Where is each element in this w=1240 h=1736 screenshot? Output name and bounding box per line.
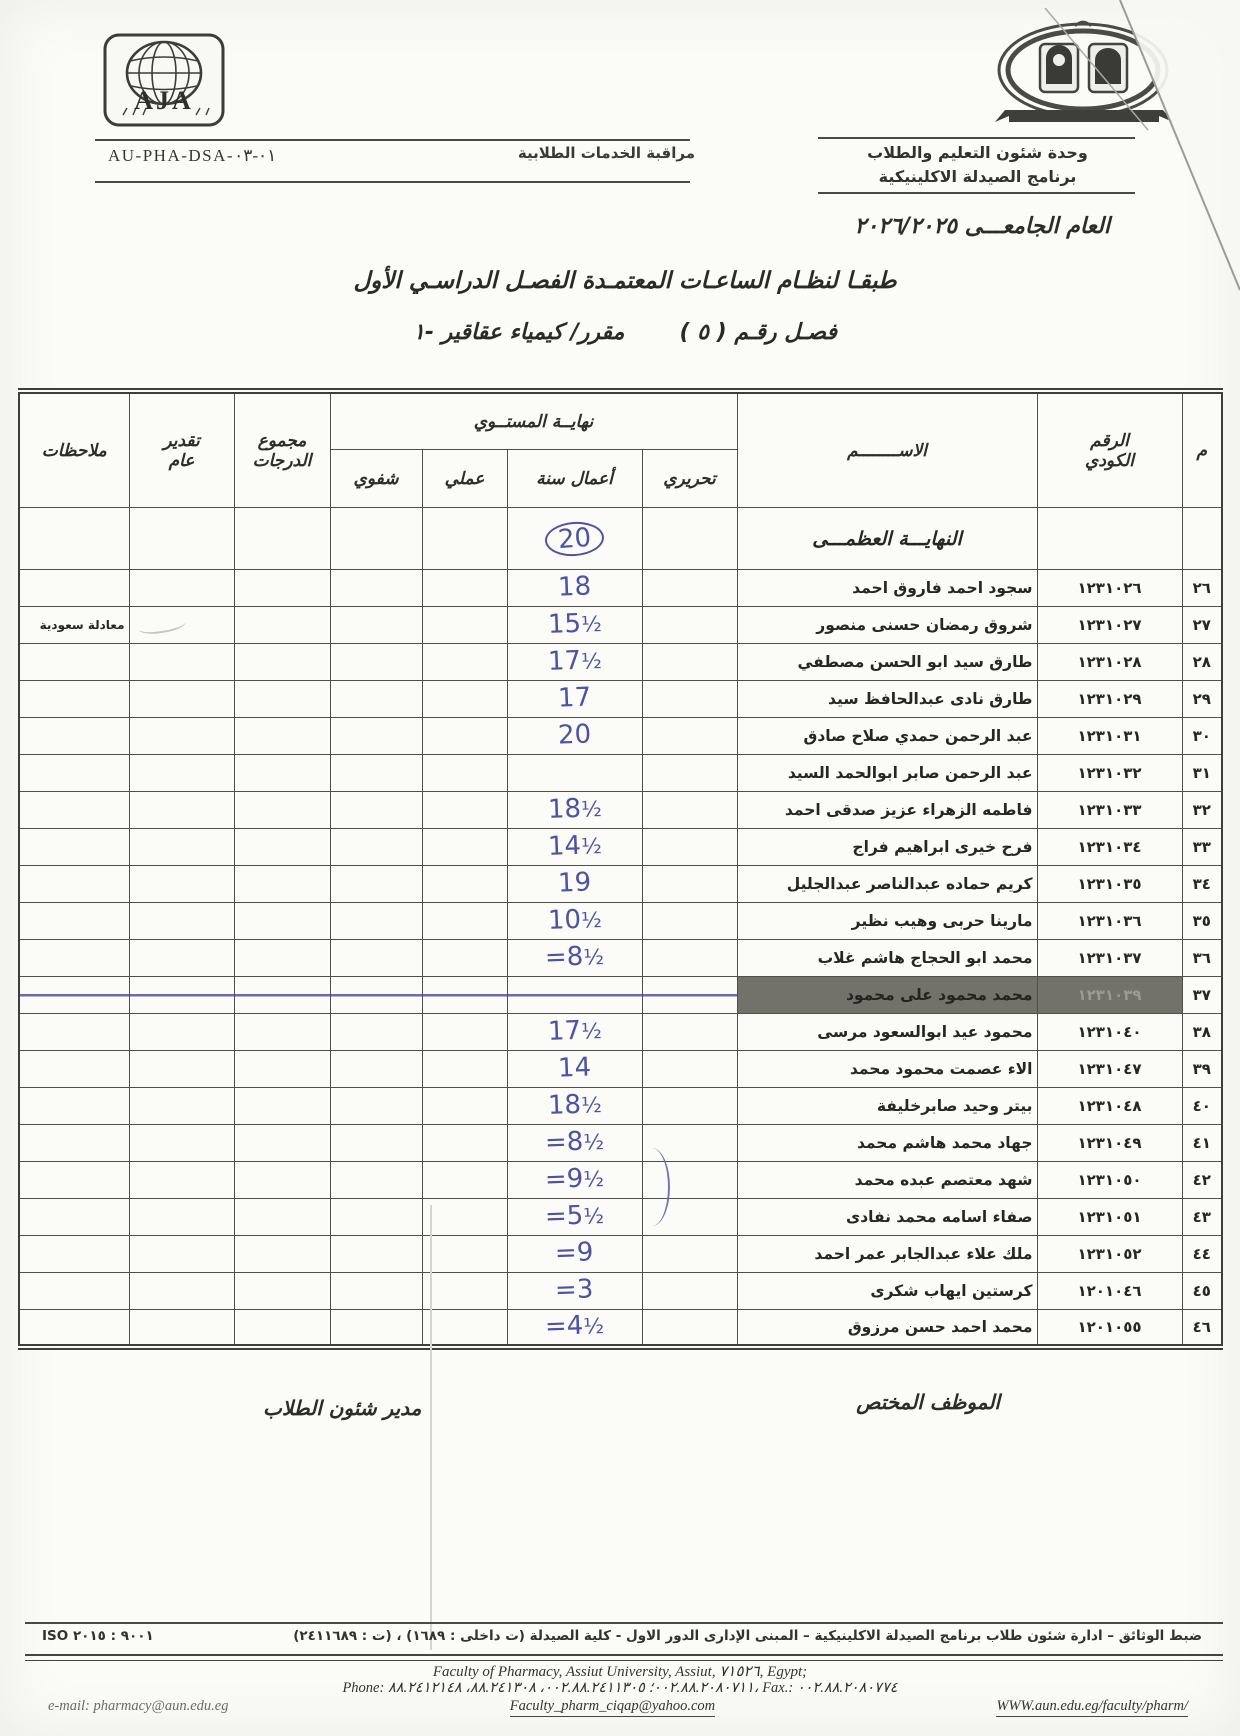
student-row: ٣٦١٢٣١٠٣٧محمد ابو الحجاج هاشم غلاب=8½	[19, 940, 1222, 977]
written-cell	[642, 829, 737, 866]
name-cell: محمد محمود على محمود	[737, 977, 1037, 1014]
col-practical: عملي	[422, 450, 507, 508]
written-cell	[642, 1310, 737, 1347]
yearwork-cell: 18	[507, 570, 642, 607]
footer-email-yahoo: Faculty_pharm_ciqap@yahoo.com	[510, 1698, 715, 1717]
total-cell	[234, 903, 330, 940]
grade-cell	[129, 755, 234, 792]
total-cell	[234, 1088, 330, 1125]
student-row: ٣٤١٢٣١٠٣٥كريم حماده عبدالناصر عبدالجليل1…	[19, 866, 1222, 903]
name-cell: محمود عيد ابوالسعود مرسى	[737, 1014, 1037, 1051]
half-fraction: ½	[580, 908, 602, 934]
practical-cell	[422, 903, 507, 940]
max-label-cell: النهايـــة العظمـــى	[737, 508, 1037, 570]
total-cell	[234, 644, 330, 681]
practical-cell	[422, 755, 507, 792]
grade-cell	[129, 1162, 234, 1199]
total-cell	[234, 940, 330, 977]
aja-logo: AJA	[103, 33, 225, 131]
practical-cell	[422, 1051, 507, 1088]
footer-rule-double	[25, 1654, 1223, 1661]
col-total-line2: الدرجات	[239, 451, 326, 471]
max-yearwork-cell: 20	[507, 508, 642, 570]
oral-cell	[330, 792, 422, 829]
notes-cell: معادلة سعودية	[19, 607, 129, 644]
code-cell: ١٢٣١٠٢٩	[1037, 681, 1182, 718]
handwritten-mark: 18	[558, 576, 592, 597]
serial-cell: ٢٩	[1182, 681, 1222, 718]
code-cell: ١٢٣١٠٢٦	[1037, 570, 1182, 607]
serial-cell: ٣٥	[1182, 903, 1222, 940]
col-total-line1: مجموع	[239, 431, 326, 451]
half-fraction: ½	[580, 612, 602, 638]
serial-cell: ٣٧	[1182, 977, 1222, 1014]
col-notes: ملاحظات	[19, 391, 129, 508]
serial-cell: ٢٦	[1182, 570, 1222, 607]
total-cell	[234, 866, 330, 903]
oral-cell	[330, 1236, 422, 1273]
name-cell: عبد الرحمن صابر ابوالحمد السيد	[737, 755, 1037, 792]
grade-cell	[129, 792, 234, 829]
course-name: مقرر/ كيمياء عقاقير -١	[413, 320, 624, 345]
code-cell: ١٢٣١٠٣٥	[1037, 866, 1182, 903]
header-rule-left-top	[95, 139, 690, 141]
yearwork-cell: 19	[507, 866, 642, 903]
class-number: فصـل رقـم ( ٥ )	[679, 320, 837, 345]
written-cell	[642, 866, 737, 903]
yearwork-cell: =5½	[507, 1199, 642, 1236]
practical-cell	[422, 1236, 507, 1273]
code-cell: ١٢٣١٠٣٤	[1037, 829, 1182, 866]
page-fold-crease	[1000, 0, 1240, 340]
col-grade: تقدير عام	[129, 391, 234, 508]
oral-cell	[330, 570, 422, 607]
total-cell	[234, 1125, 330, 1162]
practical-cell	[422, 1273, 507, 1310]
practical-cell	[422, 1162, 507, 1199]
grade-cell	[129, 1310, 234, 1347]
code-cell: ١٢٣١٠٤٩	[1037, 1125, 1182, 1162]
notes-cell	[19, 829, 129, 866]
signature-right-label: الموظف المختص	[856, 1390, 1000, 1414]
oral-cell	[330, 977, 422, 1014]
notes-cell	[19, 1014, 129, 1051]
half-fraction: ½	[583, 1167, 605, 1193]
student-row: ٣٩١٢٣١٠٤٧الاء عصمت محمود محمد14	[19, 1051, 1222, 1088]
student-row: ٢٩١٢٣١٠٢٩طارق نادى عبدالحافظ سيد17	[19, 681, 1222, 718]
notes-cell	[19, 940, 129, 977]
written-cell	[642, 607, 737, 644]
handwritten-mark: =8½	[545, 1131, 605, 1155]
half-fraction: ½	[583, 945, 605, 971]
oral-cell	[330, 755, 422, 792]
practical-cell	[422, 940, 507, 977]
grade-cell	[129, 1014, 234, 1051]
half-fraction: ½	[583, 1204, 605, 1230]
code-cell: ١٢٣١٠٢٨	[1037, 644, 1182, 681]
aja-globe-icon: AJA	[103, 33, 225, 127]
grade-cell	[129, 570, 234, 607]
oral-cell	[330, 940, 422, 977]
oral-cell	[330, 1051, 422, 1088]
serial-cell: ٤٦	[1182, 1310, 1222, 1347]
yearwork-cell: 18½	[507, 792, 642, 829]
handwritten-mark: 20	[558, 724, 592, 745]
student-row: ٣٥١٢٣١٠٣٦مارينا حربى وهيب نظير10½	[19, 903, 1222, 940]
col-group-level-end: نهايــة المستــوي	[330, 391, 737, 450]
student-row: ٤٦١٢٠١٠٥٥محمد احمد حسن مرزوق=4½	[19, 1310, 1222, 1347]
document-code: AU-PHA-DSA-٠١-٠٣	[108, 146, 276, 166]
student-row: ٣٧١٢٣١٠٣٩محمد محمود على محمود	[19, 977, 1222, 1014]
serial-cell: ٣٩	[1182, 1051, 1222, 1088]
student-row: ٣٣١٢٣١٠٣٤فرح خيرى ابراهيم فراج14½	[19, 829, 1222, 866]
notes-cell	[19, 1199, 129, 1236]
notes-cell	[19, 903, 129, 940]
col-grade-line2: عام	[134, 451, 230, 471]
serial-cell: ٣٤	[1182, 866, 1222, 903]
written-cell	[642, 1051, 737, 1088]
oral-cell	[330, 607, 422, 644]
name-cell: شهد معتصم عبده محمد	[737, 1162, 1037, 1199]
yearwork-cell: 17½	[507, 644, 642, 681]
code-cell: ١٢٣١٠٣٢	[1037, 755, 1182, 792]
col-written: تحريري	[642, 450, 737, 508]
oral-cell	[330, 866, 422, 903]
grade-cell	[129, 1199, 234, 1236]
grade-cell	[129, 1088, 234, 1125]
name-cell: كريم حماده عبدالناصر عبدالجليل	[737, 866, 1037, 903]
yearwork-cell: =9	[507, 1236, 642, 1273]
name-cell: طارق نادى عبدالحافظ سيد	[737, 681, 1037, 718]
name-cell: محمد ابو الحجاج هاشم غلاب	[737, 940, 1037, 977]
notes-cell	[19, 644, 129, 681]
name-cell: صفاء اسامه محمد نفادى	[737, 1199, 1037, 1236]
footer-arabic-line: ضبط الوثائق – ادارة شئون طلاب برنامج الص…	[0, 1628, 1240, 1644]
name-cell: ملك علاء عبدالجابر عمر احمد	[737, 1236, 1037, 1273]
notes-cell	[19, 1162, 129, 1199]
max-serial-cell	[1182, 508, 1222, 570]
handwritten-mark: 14½	[547, 835, 602, 859]
student-row: ٤٠١٢٣١٠٤٨بيتر وحيد صابرخليفة18½	[19, 1088, 1222, 1125]
academic-year: العام الجامعـــى ٢٠٢٦/٢٠٢٥	[855, 214, 1110, 239]
col-serial: م	[1182, 391, 1222, 508]
grades-table: م الرقم الكودي الاســــــــم نهايــة الم…	[18, 388, 1223, 1350]
student-row: ٢٨١٢٣١٠٢٨طارق سيد ابو الحسن مصطفي17½	[19, 644, 1222, 681]
notes-cell	[19, 1125, 129, 1162]
total-cell	[234, 607, 330, 644]
student-row: ٣٨١٢٣١٠٤٠محمود عيد ابوالسعود مرسى17½	[19, 1014, 1222, 1051]
header-rule-left-bottom	[95, 181, 690, 183]
written-cell	[642, 903, 737, 940]
handwritten-mark: =9½	[545, 1168, 605, 1192]
oral-cell	[330, 829, 422, 866]
handwritten-mark: 19	[558, 872, 592, 893]
footer-phone: Phone: ٠٠٢.٨٨.٢٠٨٠٧١١؛ ٠٠٢.٨٨.٢٤١١٣٠٥، ٨…	[0, 1680, 1240, 1697]
practical-cell	[422, 866, 507, 903]
total-cell	[234, 1014, 330, 1051]
col-grade-line1: تقدير	[134, 431, 230, 451]
signature-left-label: مدير شئون الطلاب	[263, 1396, 421, 1420]
name-cell: فرح خيرى ابراهيم فراج	[737, 829, 1037, 866]
code-cell: ١٢٣١٠٥٢	[1037, 1236, 1182, 1273]
yearwork-cell: 10½	[507, 903, 642, 940]
notes-cell	[19, 1273, 129, 1310]
total-cell	[234, 1273, 330, 1310]
code-cell: ١٢٠١٠٤٦	[1037, 1273, 1182, 1310]
name-cell: بيتر وحيد صابرخليفة	[737, 1088, 1037, 1125]
written-cell	[642, 570, 737, 607]
grade-cell	[129, 903, 234, 940]
footer-links-row: e-mail: pharmacy@aun.edu.eg Faculty_phar…	[0, 1698, 1240, 1717]
practical-cell	[422, 644, 507, 681]
footer-email: e-mail: pharmacy@aun.edu.eg	[48, 1698, 228, 1717]
name-cell: كرستين ايهاب شكرى	[737, 1273, 1037, 1310]
title-class-course: فصـل رقـم ( ٥ ) مقرر/ كيمياء عقاقير -١	[230, 320, 1020, 345]
practical-cell	[422, 1125, 507, 1162]
table-header: م الرقم الكودي الاســــــــم نهايــة الم…	[19, 391, 1222, 508]
grade-cell	[129, 977, 234, 1014]
yearwork-cell: 17	[507, 681, 642, 718]
students-tbody: ٢٦١٢٣١٠٢٦سجود احمد فاروق احمد18٢٧١٢٣١٠٢٧…	[19, 570, 1222, 1347]
notes-cell	[19, 866, 129, 903]
total-cell	[234, 792, 330, 829]
code-cell: ١٢٣١٠٣١	[1037, 718, 1182, 755]
oral-cell	[330, 1088, 422, 1125]
written-cell	[642, 1088, 737, 1125]
yearwork-cell	[507, 977, 642, 1014]
half-fraction: ½	[580, 834, 602, 860]
yearwork-cell: 15½	[507, 607, 642, 644]
notes-cell	[19, 718, 129, 755]
total-cell	[234, 681, 330, 718]
total-cell	[234, 1162, 330, 1199]
half-fraction: ½	[580, 1019, 602, 1045]
practical-cell	[422, 1310, 507, 1347]
yearwork-cell: =8½	[507, 940, 642, 977]
yearwork-cell: =4½	[507, 1310, 642, 1347]
yearwork-cell	[507, 755, 642, 792]
student-row: ٣٠١٢٣١٠٣١عبد الرحمن حمدي صلاح صادق20	[19, 718, 1222, 755]
notes-cell	[19, 1310, 129, 1347]
grade-cell	[129, 866, 234, 903]
oral-cell	[330, 681, 422, 718]
half-fraction: ½	[580, 649, 602, 675]
title-credit-system: طبقـا لنظـام الساعـات المعتمـدة الفصـل ا…	[230, 268, 1020, 294]
handwritten-mark: 17½	[547, 650, 602, 674]
yearwork-cell: 14	[507, 1051, 642, 1088]
serial-cell: ٤٤	[1182, 1236, 1222, 1273]
half-fraction: ½	[583, 1130, 605, 1156]
name-cell: جهاد محمد هاشم محمد	[737, 1125, 1037, 1162]
yearwork-cell: 17½	[507, 1014, 642, 1051]
notes-cell	[19, 681, 129, 718]
name-cell: فاطمه الزهراء عزيز صدقى احمد	[737, 792, 1037, 829]
serial-cell: ٤٣	[1182, 1199, 1222, 1236]
yearwork-cell: 18½	[507, 1088, 642, 1125]
code-cell: ١٢٣١٠٤٧	[1037, 1051, 1182, 1088]
max-total-cell	[234, 508, 330, 570]
half-fraction: ½	[580, 1093, 602, 1119]
student-row: ٤٣١٢٣١٠٥١صفاء اسامه محمد نفادى=5½	[19, 1199, 1222, 1236]
handwritten-mark: =4½	[545, 1315, 605, 1339]
footer-address: Faculty of Pharmacy, Assiut University, …	[0, 1662, 1240, 1681]
student-row: ٤١١٢٣١٠٤٩جهاد محمد هاشم محمد=8½	[19, 1125, 1222, 1162]
svg-text:AJA: AJA	[134, 86, 194, 115]
student-row: ٣٢١٢٣١٠٣٣فاطمه الزهراء عزيز صدقى احمد18½	[19, 792, 1222, 829]
max-practical-cell	[422, 508, 507, 570]
serial-cell: ٣٣	[1182, 829, 1222, 866]
practical-cell	[422, 792, 507, 829]
half-fraction: ½	[580, 797, 602, 823]
name-cell: الاء عصمت محمود محمد	[737, 1051, 1037, 1088]
half-fraction: ½	[583, 1314, 605, 1340]
yearwork-cell: 20	[507, 718, 642, 755]
code-cell: ١٢٣١٠٣٧	[1037, 940, 1182, 977]
total-cell	[234, 718, 330, 755]
handwritten-mark: =3	[555, 1279, 594, 1300]
footer-rule-top	[25, 1622, 1223, 1624]
student-row: ٤٤١٢٣١٠٥٢ملك علاء عبدالجابر عمر احمد=9	[19, 1236, 1222, 1273]
name-cell: عبد الرحمن حمدي صلاح صادق	[737, 718, 1037, 755]
student-row: ٢٦١٢٣١٠٢٦سجود احمد فاروق احمد18	[19, 570, 1222, 607]
oral-cell	[330, 903, 422, 940]
practical-cell	[422, 607, 507, 644]
grade-cell	[129, 644, 234, 681]
notes-cell	[19, 755, 129, 792]
grade-cell	[129, 681, 234, 718]
written-cell	[642, 1273, 737, 1310]
practical-cell	[422, 718, 507, 755]
total-cell	[234, 1051, 330, 1088]
written-cell	[642, 940, 737, 977]
grade-cell	[129, 1125, 234, 1162]
max-notes-cell	[19, 508, 129, 570]
max-code-cell	[1037, 508, 1182, 570]
serial-cell: ٣٠	[1182, 718, 1222, 755]
handwritten-mark: =8½	[545, 946, 605, 970]
footer-iso-text: ISO ٩٠٠١ : ٢٠١٥	[42, 1628, 154, 1644]
center-header-text: مراقبة الخدمات الطلابية	[430, 144, 695, 162]
grade-cell	[129, 718, 234, 755]
serial-cell: ٣٦	[1182, 940, 1222, 977]
written-cell	[642, 755, 737, 792]
total-cell	[234, 755, 330, 792]
practical-cell	[422, 829, 507, 866]
student-row: ٤٢١٢٣١٠٥٠شهد معتصم عبده محمد=9½	[19, 1162, 1222, 1199]
yearwork-cell: =8½	[507, 1125, 642, 1162]
grade-cell	[129, 1236, 234, 1273]
col-code-line2: الكودي	[1042, 451, 1178, 471]
name-cell: شروق رمضان حسنى منصور	[737, 607, 1037, 644]
handwritten-mark: =9	[555, 1242, 594, 1263]
written-cell	[642, 792, 737, 829]
practical-cell	[422, 1014, 507, 1051]
notes-cell	[19, 570, 129, 607]
serial-cell: ٢٧	[1182, 607, 1222, 644]
serial-cell: ٢٨	[1182, 644, 1222, 681]
total-cell	[234, 1310, 330, 1347]
serial-cell: ٤٥	[1182, 1273, 1222, 1310]
code-cell: ١٢٣١٠٥٠	[1037, 1162, 1182, 1199]
handwritten-mark: 18½	[547, 1094, 602, 1118]
handwritten-mark: 10½	[547, 909, 602, 933]
handwritten-mark: 17½	[547, 1020, 602, 1044]
col-code: الرقم الكودي	[1037, 391, 1182, 508]
written-cell	[642, 977, 737, 1014]
yearwork-cell: =9½	[507, 1162, 642, 1199]
notes-cell	[19, 792, 129, 829]
code-cell: ١٢٣١٠٥١	[1037, 1199, 1182, 1236]
max-mark-circled: 20	[544, 519, 605, 557]
oral-cell	[330, 1273, 422, 1310]
name-cell: طارق سيد ابو الحسن مصطفي	[737, 644, 1037, 681]
oral-cell	[330, 1310, 422, 1347]
total-cell	[234, 977, 330, 1014]
notes-cell	[19, 1236, 129, 1273]
notes-cell	[19, 977, 129, 1014]
oral-cell	[330, 1014, 422, 1051]
code-cell: ١٢٣١٠٣٦	[1037, 903, 1182, 940]
code-cell: ١٢٣١٠٣٣	[1037, 792, 1182, 829]
notes-cell	[19, 1088, 129, 1125]
written-cell	[642, 1014, 737, 1051]
grade-cell	[129, 1273, 234, 1310]
col-year-work: أعمال سنة	[507, 450, 642, 508]
code-cell: ١٢٠١٠٥٥	[1037, 1310, 1182, 1347]
handwritten-mark: =5½	[545, 1205, 605, 1229]
grade-cell	[129, 829, 234, 866]
scanned-document: AJA AU-PHA-DSA-٠١-٠٣ مراقبة الخدمات الطل…	[0, 0, 1240, 1736]
notes-cell	[19, 1051, 129, 1088]
col-name: الاســــــــم	[737, 391, 1037, 508]
serial-cell: ٣٨	[1182, 1014, 1222, 1051]
written-cell	[642, 718, 737, 755]
oral-cell	[330, 718, 422, 755]
oral-cell	[330, 1162, 422, 1199]
max-written-cell	[642, 508, 737, 570]
oral-cell	[330, 1199, 422, 1236]
oral-cell	[330, 644, 422, 681]
serial-cell: ٣١	[1182, 755, 1222, 792]
oral-cell	[330, 1125, 422, 1162]
yearwork-cell: =3	[507, 1273, 642, 1310]
practical-cell	[422, 1088, 507, 1125]
footer-arabic-text: ضبط الوثائق – ادارة شئون طلاب برنامج الص…	[293, 1628, 1202, 1644]
grade-cell	[129, 940, 234, 977]
max-marks-row: النهايـــة العظمـــى 20	[19, 508, 1222, 570]
serial-cell: ٤١	[1182, 1125, 1222, 1162]
practical-cell	[422, 681, 507, 718]
name-cell: سجود احمد فاروق احمد	[737, 570, 1037, 607]
student-row: ٢٧١٢٣١٠٢٧شروق رمضان حسنى منصور15½معادلة …	[19, 607, 1222, 644]
handwritten-mark: 17	[558, 687, 592, 708]
practical-cell	[422, 977, 507, 1014]
handwritten-mark: 15½	[547, 613, 602, 637]
yearwork-cell: 14½	[507, 829, 642, 866]
total-cell	[234, 1236, 330, 1273]
col-code-line1: الرقم	[1042, 431, 1178, 451]
grade-cell	[129, 1051, 234, 1088]
serial-cell: ٤٢	[1182, 1162, 1222, 1199]
student-row: ٤٥١٢٠١٠٤٦كرستين ايهاب شكرى=3	[19, 1273, 1222, 1310]
written-cell	[642, 681, 737, 718]
name-cell: مارينا حربى وهيب نظير	[737, 903, 1037, 940]
total-cell	[234, 570, 330, 607]
name-cell: محمد احمد حسن مرزوق	[737, 1310, 1037, 1347]
serial-cell: ٤٠	[1182, 1088, 1222, 1125]
footer-url: WWW.aun.edu.eg/faculty/pharm/	[996, 1698, 1188, 1717]
max-oral-cell	[330, 508, 422, 570]
